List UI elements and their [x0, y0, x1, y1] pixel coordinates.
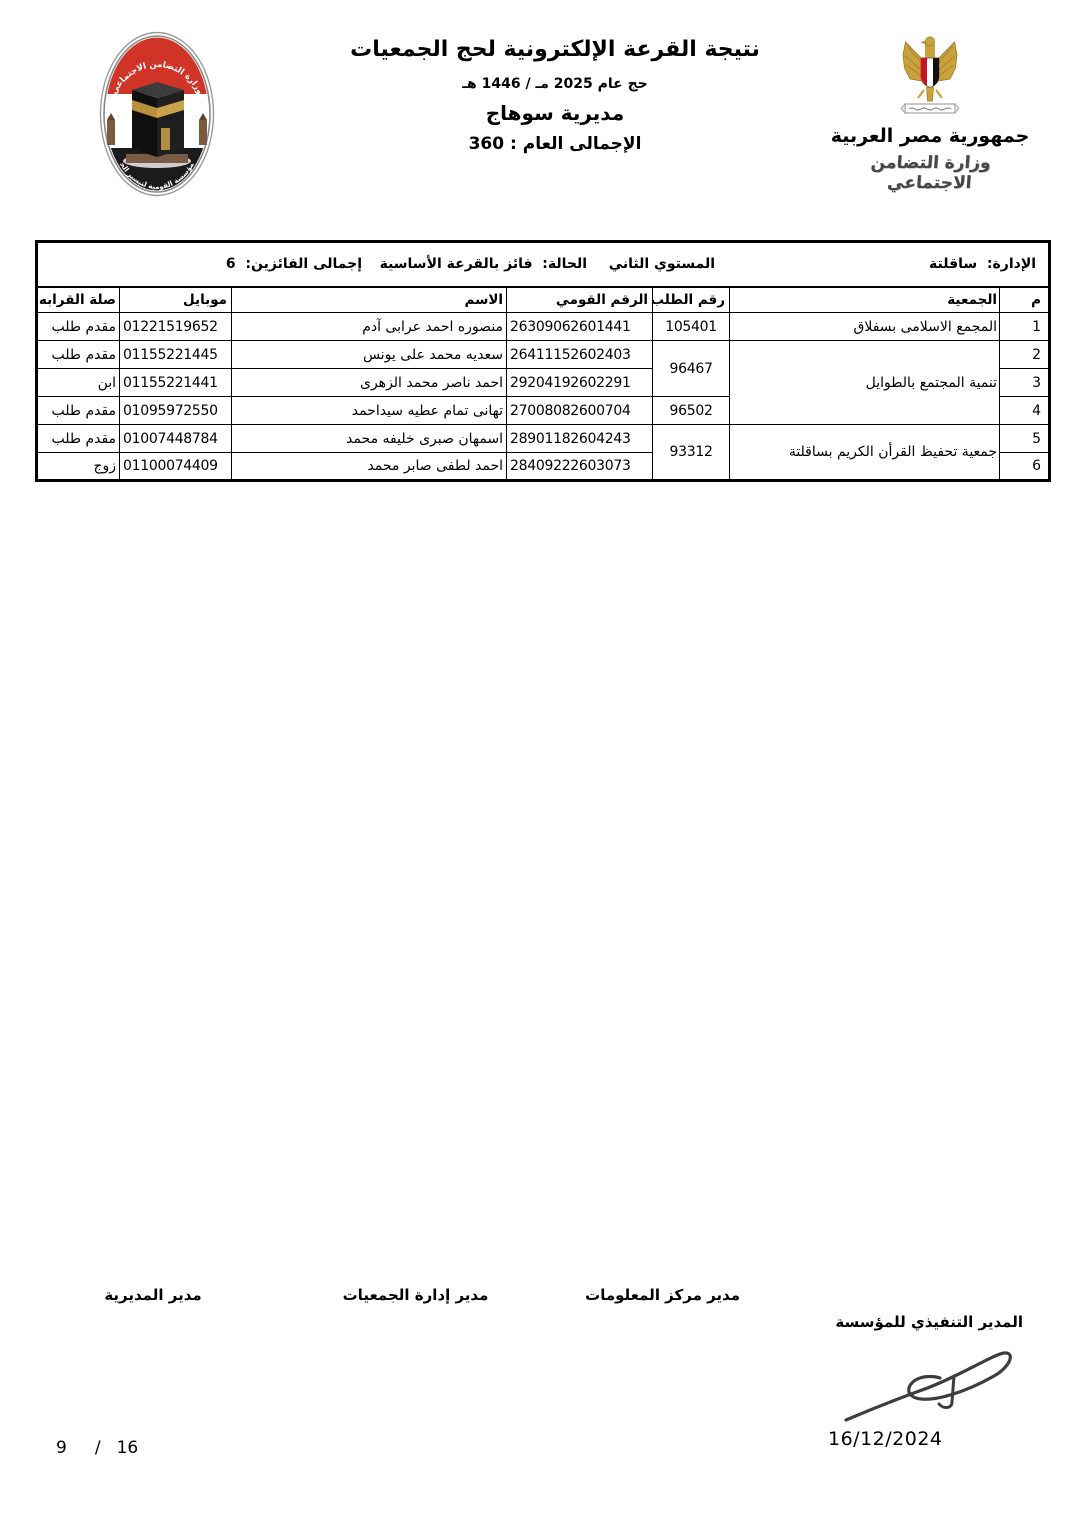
row-no: 5 [1000, 425, 1050, 453]
col-header-no: م [1000, 287, 1050, 313]
directorate-line: مديرية سوهاج [310, 101, 800, 125]
row-no: 1 [1000, 313, 1050, 341]
col-header-national-id: الرقم القومي [507, 287, 653, 313]
col-header-mobile: موبايل [120, 287, 232, 313]
signature-info-center-manager: مدير مركز المعلومات [590, 1286, 740, 1304]
name-cell: تهانى تمام عطيه سيداحمد [232, 397, 507, 425]
handwritten-signature [838, 1336, 1023, 1431]
mobile-cell: 01095972550 [120, 397, 232, 425]
page-title: نتيجة القرعة الإلكترونية لحج الجمعيات [310, 36, 800, 64]
document-page: { "header": { "title": "نتيجة القرعة الإ… [0, 0, 1080, 1527]
relation-cell: زوج [37, 453, 120, 481]
national-id-cell: 27008082600704 [507, 397, 653, 425]
mobile-cell: 01007448784 [120, 425, 232, 453]
relation-cell: مقدم طلب [37, 397, 120, 425]
mobile-cell: 01221519652 [120, 313, 232, 341]
page-current: 9 [56, 1438, 67, 1458]
table-row: 2 تنمية المجتمع بالطوايل 96467 264111526… [37, 341, 1050, 369]
row-no: 2 [1000, 341, 1050, 369]
winners-table: الإدارة: ساقلتة المستوي الثاني الحالة: ف… [35, 240, 1051, 482]
col-header-association: الجمعية [730, 287, 1000, 313]
hajj-year-line: حج عام 2025 مـ / 1446 هـ [310, 76, 800, 92]
mobile-cell: 01100074409 [120, 453, 232, 481]
name-cell: منصوره احمد عرابى آدم [232, 313, 507, 341]
national-id-cell: 29204192602291 [507, 369, 653, 397]
table-header-row: م الجمعية رقم الطلب الرقم القومي الاسم م… [37, 287, 1050, 313]
egypt-eagle-icon [899, 34, 961, 118]
relation-cell: ابن [37, 369, 120, 397]
administration-label: الإدارة: ساقلتة [929, 256, 1036, 272]
kaaba-icon [123, 82, 191, 168]
page-indicator: 9 / 16 [56, 1438, 138, 1458]
table-row: 1 المجمع الاسلامى بسفلاق 105401 26309062… [37, 313, 1050, 341]
national-id-cell: 26411152602403 [507, 341, 653, 369]
request-no-cell: 96502 [653, 397, 730, 425]
document-header: نتيجة القرعة الإلكترونية لحج الجمعيات حج… [310, 36, 800, 154]
row-no: 6 [1000, 453, 1050, 481]
name-cell: احمد ناصر محمد الزهرى [232, 369, 507, 397]
relation-cell: مقدم طلب [37, 313, 120, 341]
table-row: 5 جمعية تحفيظ القرأن الكريم بساقلتة 9331… [37, 425, 1050, 453]
signature-executive-director: المدير التنفيذي للمؤسسة [848, 1313, 1023, 1331]
page-separator: / [95, 1438, 101, 1458]
ministry-name: وزارة التضامن الاجتماعي [825, 153, 1036, 193]
mobile-cell: 01155221445 [120, 341, 232, 369]
col-header-request-no: رقم الطلب [653, 287, 730, 313]
mobile-cell: 01155221441 [120, 369, 232, 397]
republic-name: جمهورية مصر العربية [826, 125, 1034, 147]
request-no-cell: 96467 [653, 341, 730, 397]
level-label: المستوي الثاني [609, 256, 715, 272]
document-date: 16/12/2024 [828, 1428, 943, 1450]
request-no-cell: 93312 [653, 425, 730, 481]
hajj-foundation-logo: وزارة التضامن الاجتماعي المؤسسة القومية … [98, 30, 216, 198]
page-total: 16 [117, 1438, 139, 1458]
name-cell: احمد لطفى صابر محمد [232, 453, 507, 481]
state-emblem-block: جمهورية مصر العربية وزارة التضامن الاجتم… [826, 34, 1034, 193]
relation-cell: مقدم طلب [37, 341, 120, 369]
row-no: 3 [1000, 369, 1050, 397]
national-id-cell: 26309062601441 [507, 313, 653, 341]
col-header-name: الاسم [232, 287, 507, 313]
association-cell: تنمية المجتمع بالطوايل [730, 341, 1000, 425]
name-cell: اسمهان صبرى خليفه محمد [232, 425, 507, 453]
national-id-cell: 28409222603073 [507, 453, 653, 481]
row-no: 4 [1000, 397, 1050, 425]
col-header-relation: صلة القرابه [37, 287, 120, 313]
winners-total-label: إجمالى الفائزين: 6 [226, 256, 362, 272]
signature-directorate-manager: مدير المديرية [87, 1286, 219, 1304]
name-cell: سعديه محمد على يونس [232, 341, 507, 369]
signature-associations-manager: مدير إدارة الجمعيات [338, 1286, 493, 1304]
association-cell: جمعية تحفيظ القرأن الكريم بساقلتة [730, 425, 1000, 481]
association-cell: المجمع الاسلامى بسفلاق [730, 313, 1000, 341]
request-no-cell: 105401 [653, 313, 730, 341]
table-info-bar: الإدارة: ساقلتة المستوي الثاني الحالة: ف… [37, 242, 1050, 287]
grand-total-line: الإجمالى العام : 360 [310, 134, 800, 154]
national-id-cell: 28901182604243 [507, 425, 653, 453]
status-label: الحالة: فائز بالقرعة الأساسية [380, 256, 587, 272]
relation-cell: مقدم طلب [37, 425, 120, 453]
